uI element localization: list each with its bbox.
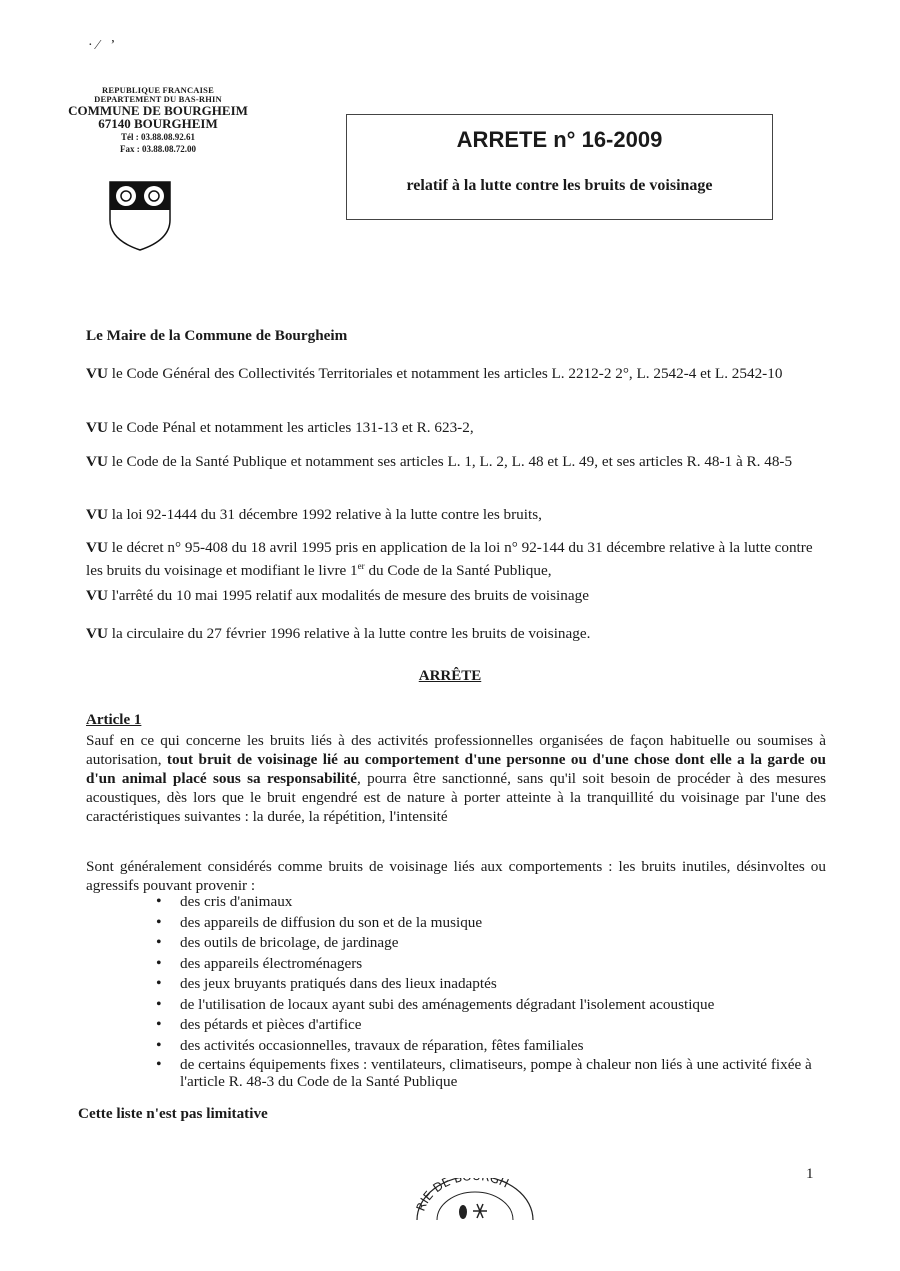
consideration-text-end: du Code de la Santé Publique,: [365, 562, 552, 579]
mayor-heading: Le Maire de la Commune de Bourgheim: [86, 326, 826, 345]
telephone: Tél : 03.88.08.92.61: [60, 133, 256, 142]
consideration-1: VU le Code Général des Collectivités Ter…: [86, 364, 826, 383]
superscript: er: [358, 561, 365, 571]
vu-label: VU: [86, 506, 108, 523]
list-item: des activités occasionnelles, travaux de…: [156, 1036, 824, 1057]
official-stamp-icon: RIE DE BOURGH: [415, 1178, 535, 1220]
vu-label: VU: [86, 419, 108, 436]
fax: Fax : 03.88.08.72.00: [60, 145, 256, 154]
article-1-paragraph-2: Sont généralement considérés comme bruit…: [86, 857, 826, 895]
vu-label: VU: [86, 625, 108, 642]
postcode-city: 67140 BOURGHEIM: [60, 117, 256, 131]
decree-title: ARRETE n° 16-2009: [347, 127, 772, 153]
consideration-6: VU l'arrêté du 10 mai 1995 relatif aux m…: [86, 586, 826, 605]
letterhead: REPUBLIQUE FRANCAISE DEPARTEMENT DU BAS-…: [60, 86, 256, 154]
noise-sources-list: des cris d'animaux des appareils de diff…: [156, 892, 824, 1090]
article-1-heading: Article 1: [86, 712, 141, 729]
list-item: des pétards et pièces d'artifice: [156, 1015, 824, 1036]
consideration-4: VU la loi 92-1444 du 31 décembre 1992 re…: [86, 505, 826, 524]
consideration-5: VU le décret n° 95-408 du 18 avril 1995 …: [86, 538, 826, 580]
list-item: de certains équipements fixes : ventilat…: [156, 1056, 824, 1090]
consideration-2: VU le Code Pénal et notamment les articl…: [86, 418, 826, 437]
list-item: des outils de bricolage, de jardinage: [156, 933, 824, 954]
consideration-7: VU la circulaire du 27 février 1996 rela…: [86, 624, 826, 643]
consideration-3: VU le Code de la Santé Publique et notam…: [86, 452, 826, 471]
list-item: des appareils de diffusion du son et de …: [156, 913, 824, 934]
consideration-text: la loi 92-1444 du 31 décembre 1992 relat…: [108, 506, 542, 523]
consideration-text: la circulaire du 27 février 1996 relativ…: [108, 625, 590, 642]
page-number: 1: [806, 1166, 814, 1183]
article-1-paragraph-1: Sauf en ce qui concerne les bruits liés …: [86, 731, 826, 826]
list-item: des jeux bruyants pratiqués dans des lie…: [156, 974, 824, 995]
handwritten-mark: ·⁄ ’: [88, 38, 119, 54]
consideration-text: le Code Pénal et notamment les articles …: [108, 419, 474, 436]
coat-of-arms-icon: [108, 180, 172, 252]
consideration-text: le Code de la Santé Publique et notammen…: [108, 453, 792, 470]
vu-label: VU: [86, 453, 108, 470]
decree-subject: relatif à la lutte contre les bruits de …: [347, 177, 772, 195]
title-box: ARRETE n° 16-2009 relatif à la lutte con…: [346, 114, 773, 220]
vu-label: VU: [86, 587, 108, 604]
list-item: de l'utilisation de locaux ayant subi de…: [156, 995, 824, 1016]
vu-label: VU: [86, 365, 108, 382]
vu-label: VU: [86, 539, 108, 556]
list-item: des appareils électroménagers: [156, 954, 824, 975]
consideration-text: le Code Général des Collectivités Territ…: [108, 365, 783, 382]
list-item: des cris d'animaux: [156, 892, 824, 913]
list-closing-note: Cette liste n'est pas limitative: [78, 1104, 818, 1123]
consideration-text: l'arrêté du 10 mai 1995 relatif aux moda…: [108, 587, 589, 604]
decision-heading: ARRÊTE: [0, 668, 900, 685]
commune-name: COMMUNE DE BOURGHEIM: [60, 104, 256, 118]
